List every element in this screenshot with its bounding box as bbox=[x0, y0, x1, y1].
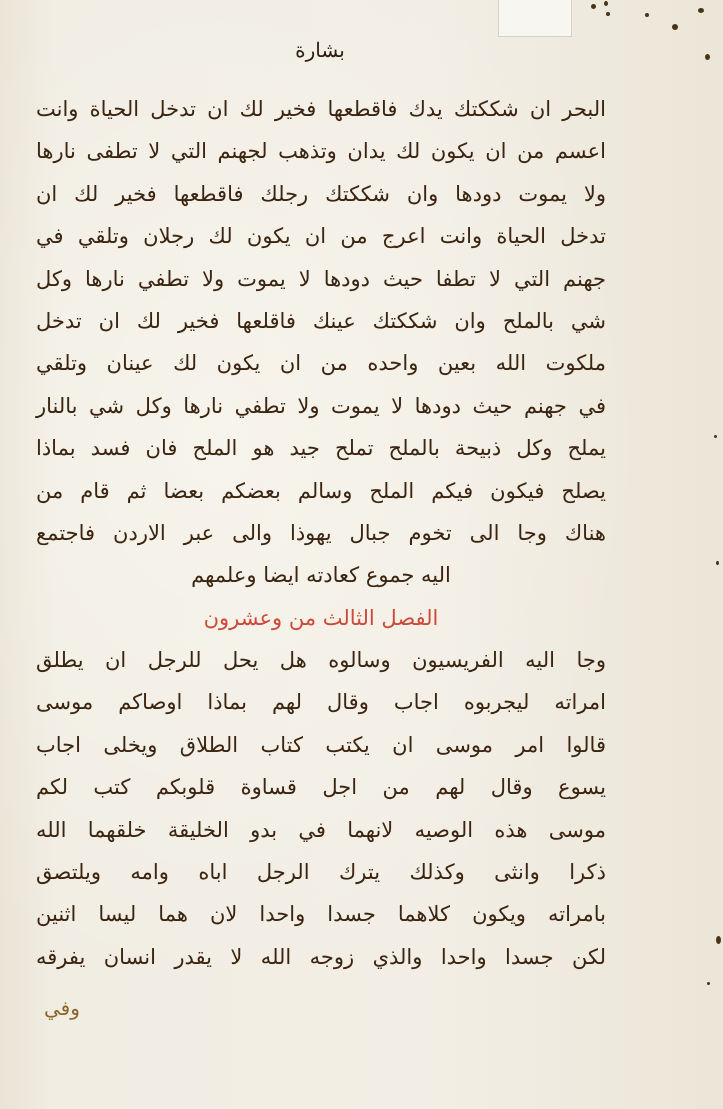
text-line: ذكرا وانثى وكذلك يترك الرجل اباه وامه وي… bbox=[36, 851, 606, 893]
catchword: وفي bbox=[44, 996, 80, 1020]
worm-hole bbox=[645, 13, 649, 17]
worm-hole bbox=[716, 561, 719, 565]
worm-hole bbox=[707, 982, 710, 985]
chapter-rubric: الفصل الثالث من وعشرون bbox=[36, 597, 606, 639]
text-line: اليه جموع كعادته ايضا وعلمهم bbox=[36, 554, 606, 596]
text-line: لكن جسدا واحدا والذي زوجه الله لا يقدر ا… bbox=[36, 936, 606, 978]
text-line: يصلح فيكون فيكم الملح وسالم بعضكم بعضا ث… bbox=[36, 470, 606, 512]
text-line: امراته ليجربوه اجاب وقال لهم بماذا اوصاك… bbox=[36, 681, 606, 723]
repair-tape bbox=[498, 0, 572, 37]
text-line: البحر ان شككتك يدك فاقطعها فخير لك ان تد… bbox=[36, 88, 606, 130]
worm-hole bbox=[705, 54, 710, 60]
text-line: يسوع وقال لهم من اجل قساوة قلوبكم كتب لك… bbox=[36, 766, 606, 808]
text-line: تدخل الحياة وانت اعرج من ان يكون لك رجلا… bbox=[36, 215, 606, 257]
text-line: جهنم التي لا تطفا حيث دودها لا يموت ولا … bbox=[36, 258, 606, 300]
text-line: اعسم من ان يكون لك يدان وتذهب لجهنم التي… bbox=[36, 130, 606, 172]
text-line: ملكوت الله بعين واحده من ان يكون لك عينا… bbox=[36, 342, 606, 384]
text-line: هناك وجا الى تخوم جبال يهوذا والى عبر ال… bbox=[36, 512, 606, 554]
text-line: يملح وكل ذبيحة بالملح تملح جيد هو الملح … bbox=[36, 427, 606, 469]
text-line: بامراته ويكون كلاهما جسدا واحدا لان هما … bbox=[36, 893, 606, 935]
text-line: ولا يموت دودها وان شككتك رجلك فاقطعها فخ… bbox=[36, 173, 606, 215]
page-header: بشارة bbox=[290, 38, 350, 62]
manuscript-text: البحر ان شككتك يدك فاقطعها فخير لك ان تد… bbox=[36, 88, 606, 978]
text-line: شي بالملح وان شككتك عينك فاقلعها فخير لك… bbox=[36, 300, 606, 342]
text-line: في جهنم حيث دودها لا يموت ولا تطفي نارها… bbox=[36, 385, 606, 427]
worm-hole bbox=[606, 12, 610, 16]
manuscript-page: بشارة البحر ان شككتك يدك فاقطعها فخير لك… bbox=[0, 0, 723, 1109]
text-line: وجا اليه الفريسيون وسالوه هل يحل للرجل ا… bbox=[36, 639, 606, 681]
worm-hole bbox=[604, 1, 608, 6]
text-line: موسى هذه الوصيه لانهما في بدو الخليقة خل… bbox=[36, 809, 606, 851]
worm-hole bbox=[698, 8, 704, 13]
text-line: قالوا امر موسى ان يكتب كتاب الطلاق ويخلى… bbox=[36, 724, 606, 766]
worm-hole bbox=[714, 435, 717, 438]
worm-hole bbox=[716, 936, 721, 944]
worm-hole bbox=[591, 4, 596, 9]
worm-hole bbox=[672, 24, 678, 30]
